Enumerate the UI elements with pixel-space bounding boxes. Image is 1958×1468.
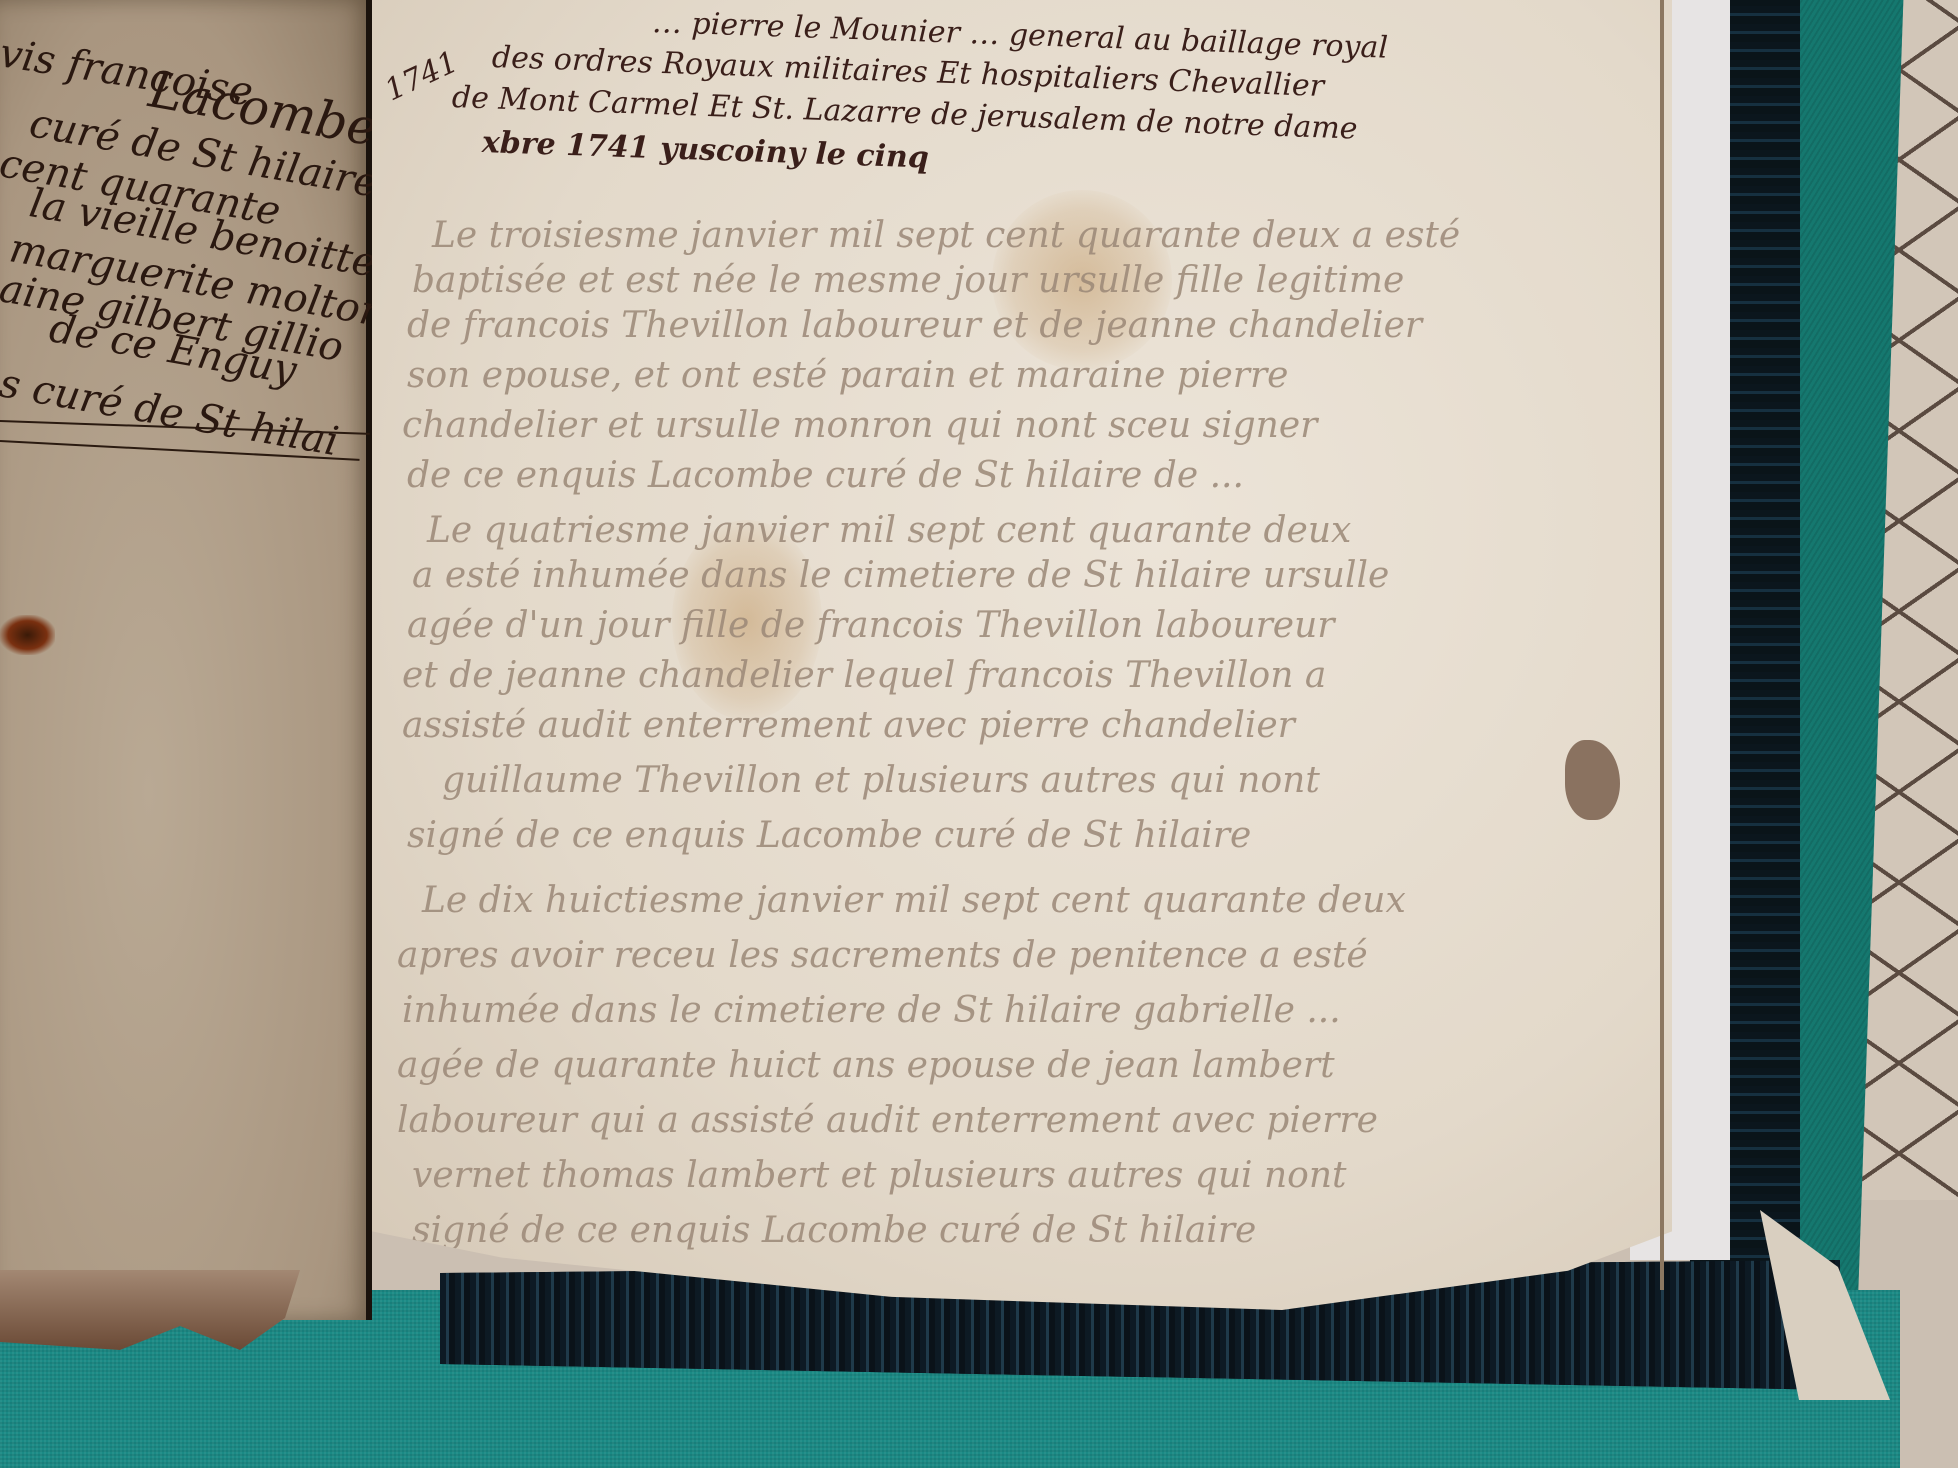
entry-line: Le dix huictiesme janvier mil sept cent … bbox=[422, 880, 1406, 921]
entry-line: signé de ce enquis Lacombe curé de St hi… bbox=[412, 1210, 1256, 1251]
entry-line: de francois Thevillon laboureur et de je… bbox=[407, 305, 1422, 346]
entry-line: inhumée dans le cimetiere de St hilaire … bbox=[402, 990, 1341, 1031]
entry-line: agée de quarante huict ans epouse de jea… bbox=[397, 1045, 1335, 1086]
page-edge bbox=[1660, 0, 1664, 1290]
left-page: vis francoise Lacombe curé de St hilaire… bbox=[0, 0, 372, 1320]
entry-line: guillaume Thevillon et plusieurs autres … bbox=[442, 760, 1320, 801]
entry-line: agée d'un jour fille de francois Thevill… bbox=[407, 605, 1335, 646]
entry-line: Le quatriesme janvier mil sept cent quar… bbox=[427, 510, 1351, 551]
torn-page-edge bbox=[0, 1270, 300, 1350]
entry-line: signé de ce enquis Lacombe curé de St hi… bbox=[407, 815, 1251, 856]
entry-line: laboureur qui a assisté audit enterremen… bbox=[397, 1100, 1378, 1141]
entry-line: de ce enquis Lacombe curé de St hilaire … bbox=[407, 455, 1244, 496]
right-page: … pierre le Mounier … general au baillag… bbox=[372, 0, 1672, 1310]
entry-line: vernet thomas lambert et plusieurs autre… bbox=[412, 1155, 1347, 1196]
entry-line: assisté audit enterrement avec pierre ch… bbox=[402, 705, 1295, 746]
header-line: xbre 1741 yuscoiny le cinq bbox=[481, 125, 929, 176]
entry-line: Le troisiesme janvier mil sept cent quar… bbox=[432, 215, 1460, 256]
entry-line: chandelier et ursulle monron qui nont sc… bbox=[402, 405, 1317, 446]
entry-line: baptisée et est née le mesme jour ursull… bbox=[412, 260, 1404, 301]
entry-line: et de jeanne chandelier lequel francois … bbox=[402, 655, 1326, 696]
entry-line: a esté inhumée dans le cimetiere de St h… bbox=[412, 555, 1389, 596]
entry-line: apres avoir receu les sacrements de peni… bbox=[397, 935, 1368, 976]
burn-hole bbox=[0, 615, 55, 655]
entry-line: son epouse, et ont esté parain et marain… bbox=[407, 355, 1288, 396]
